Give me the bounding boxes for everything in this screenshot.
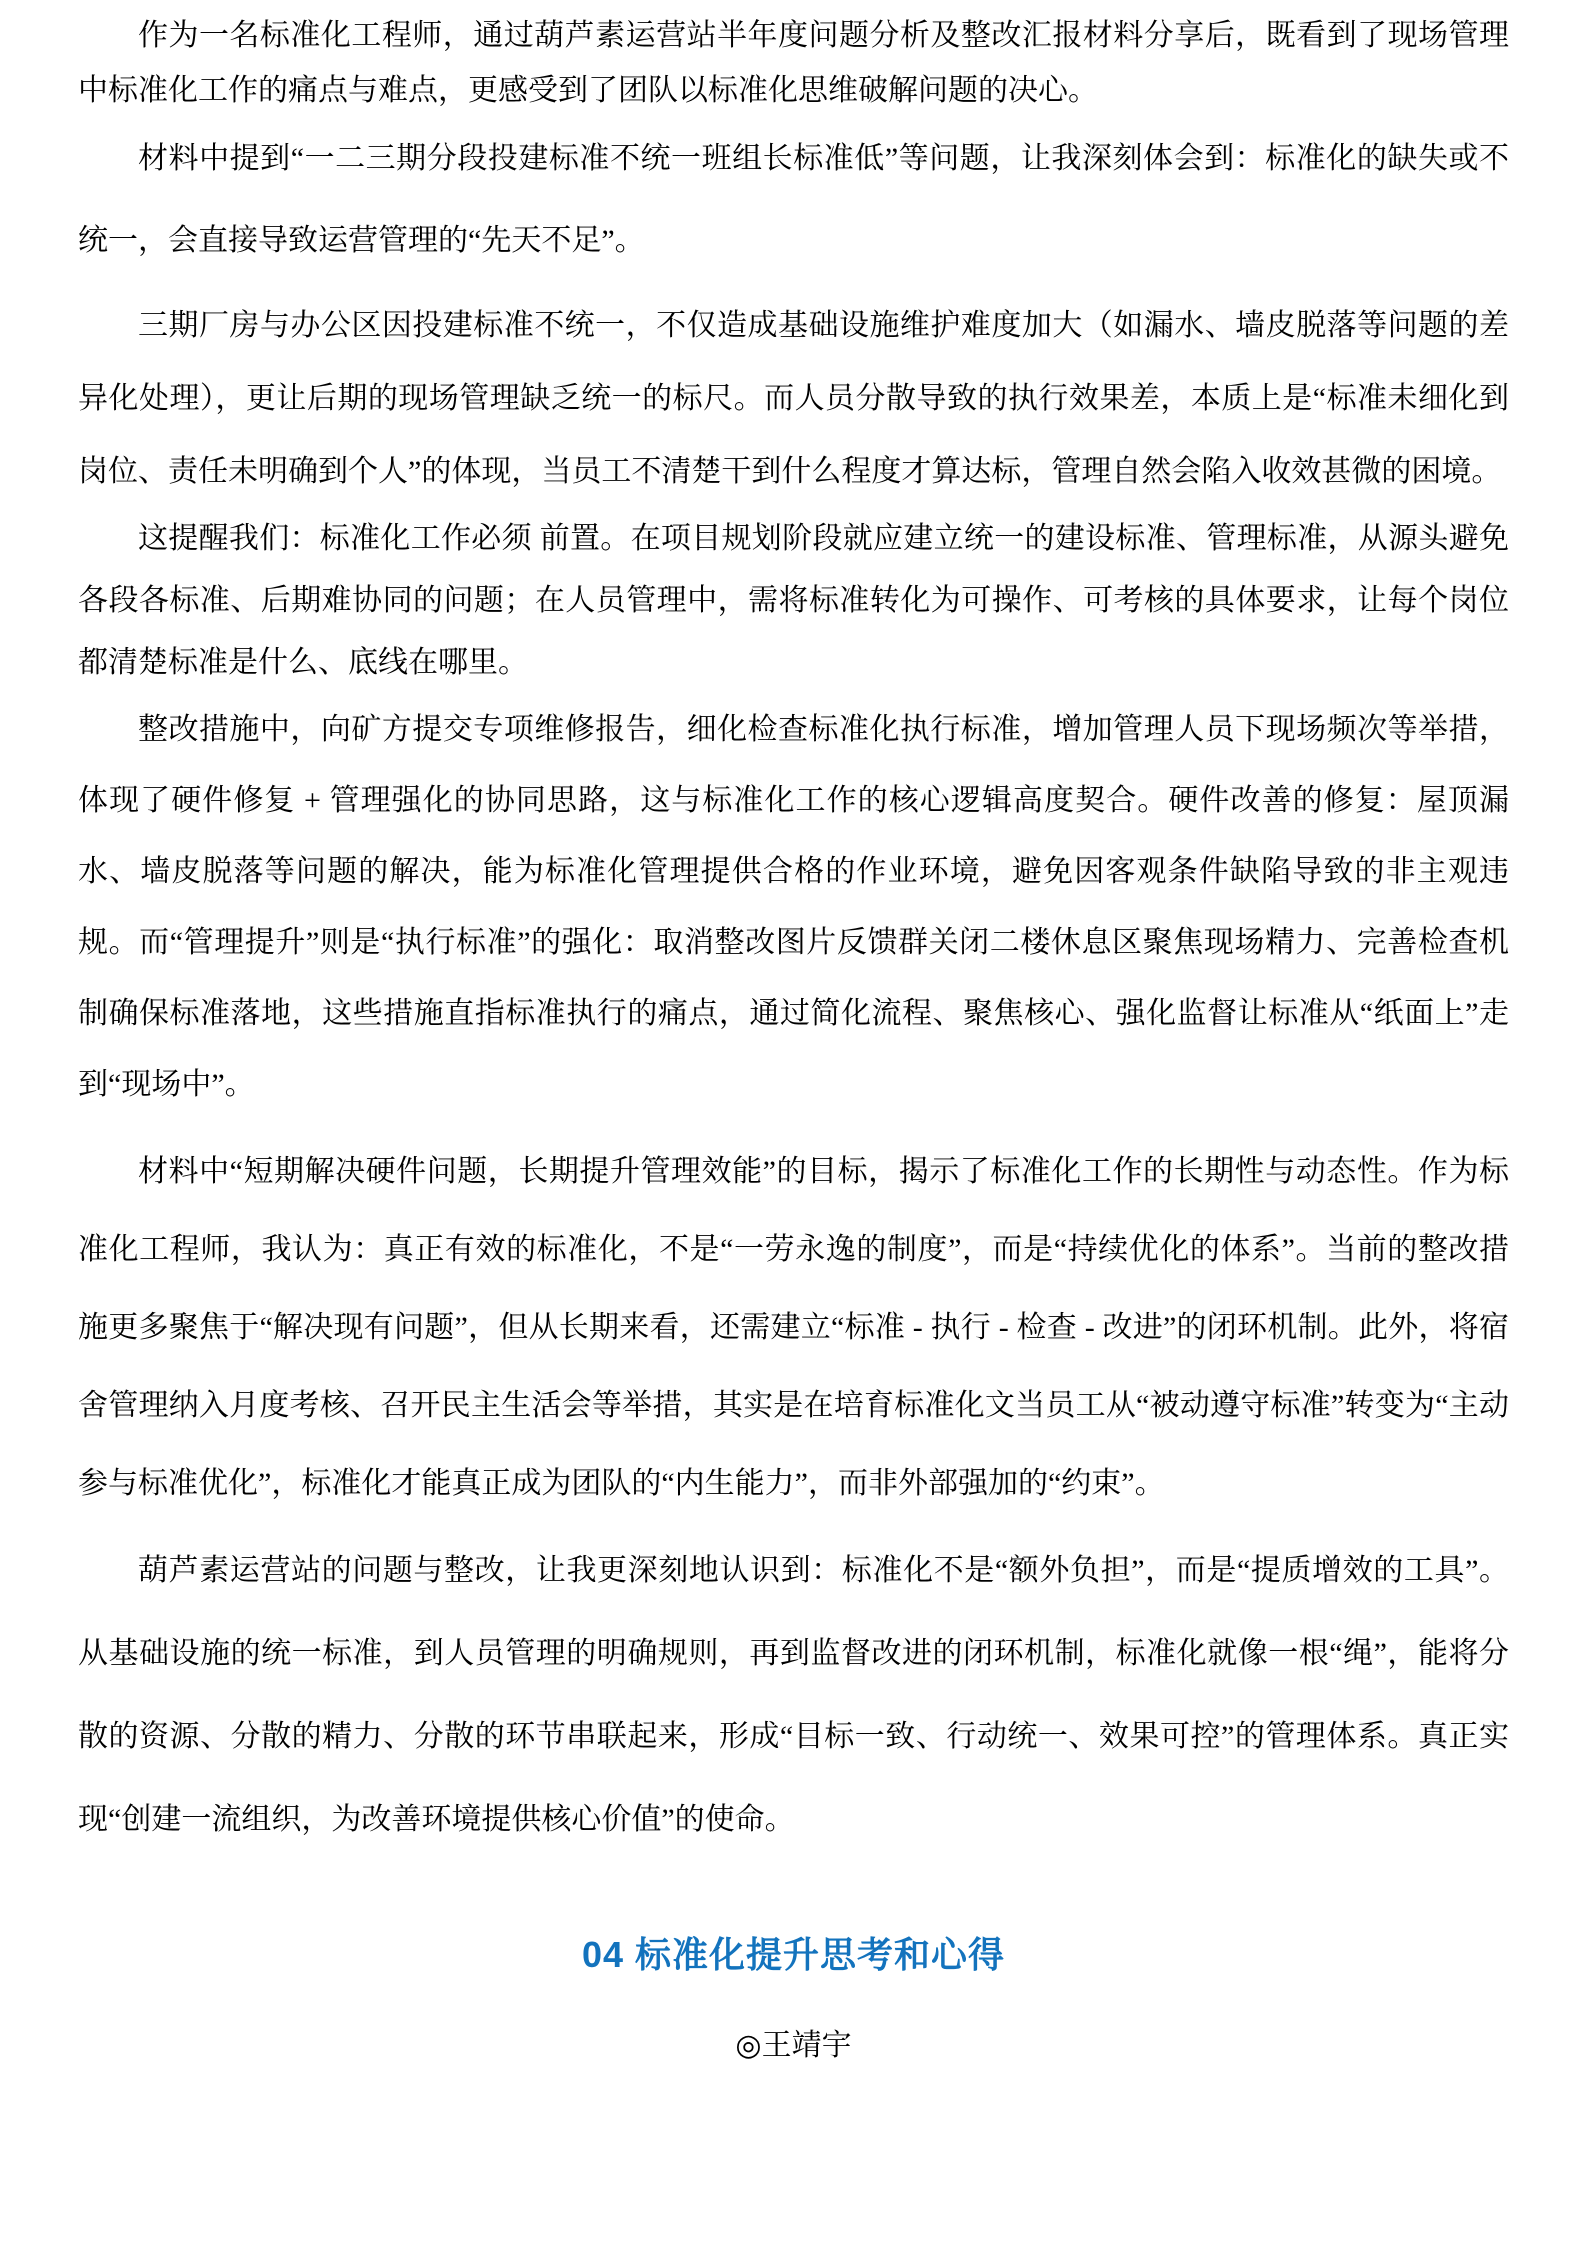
author-name: 王靖宇 [762, 2029, 852, 2062]
author-byline: ◎王靖宇 [78, 2020, 1509, 2064]
body-paragraph: 材料中“短期解决硬件问题，长期提升管理效能”的目标，揭示了标准化工作的长期性与动… [78, 1133, 1509, 1523]
body-paragraph: 整改措施中，向矿方提交专项维修报告，细化检查标准化执行标准，增加管理人员下现场频… [78, 694, 1509, 1120]
body-paragraph: 作为一名标准化工程师，通过葫芦素运营站半年度问题分析及整改汇报材料分享后，既看到… [78, 8, 1509, 118]
document-page: 作为一名标准化工程师，通过葫芦素运营站半年度问题分析及整改汇报材料分享后，既看到… [0, 0, 1587, 2064]
body-paragraph: 材料中提到“一二三期分段投建标准不统一班组长标准低”等问题，让我深刻体会到：标准… [78, 118, 1509, 282]
body-paragraph: 葫芦素运营站的问题与整改，让我更深刻地认识到：标准化不是“额外负担”，而是“提质… [78, 1529, 1509, 1861]
section-heading: 04 标准化提升思考和心得 [78, 1927, 1509, 1978]
body-paragraph: 三期厂房与办公区因投建标准不统一，不仅造成基础设施维护难度加大（如漏水、墙皮脱落… [78, 289, 1509, 508]
body-paragraph: 这提醒我们：标准化工作必须 前置。在项目规划阶段就应建立统一的建设标准、管理标准… [78, 508, 1509, 694]
circled-ring-icon: ◎ [735, 2029, 761, 2062]
